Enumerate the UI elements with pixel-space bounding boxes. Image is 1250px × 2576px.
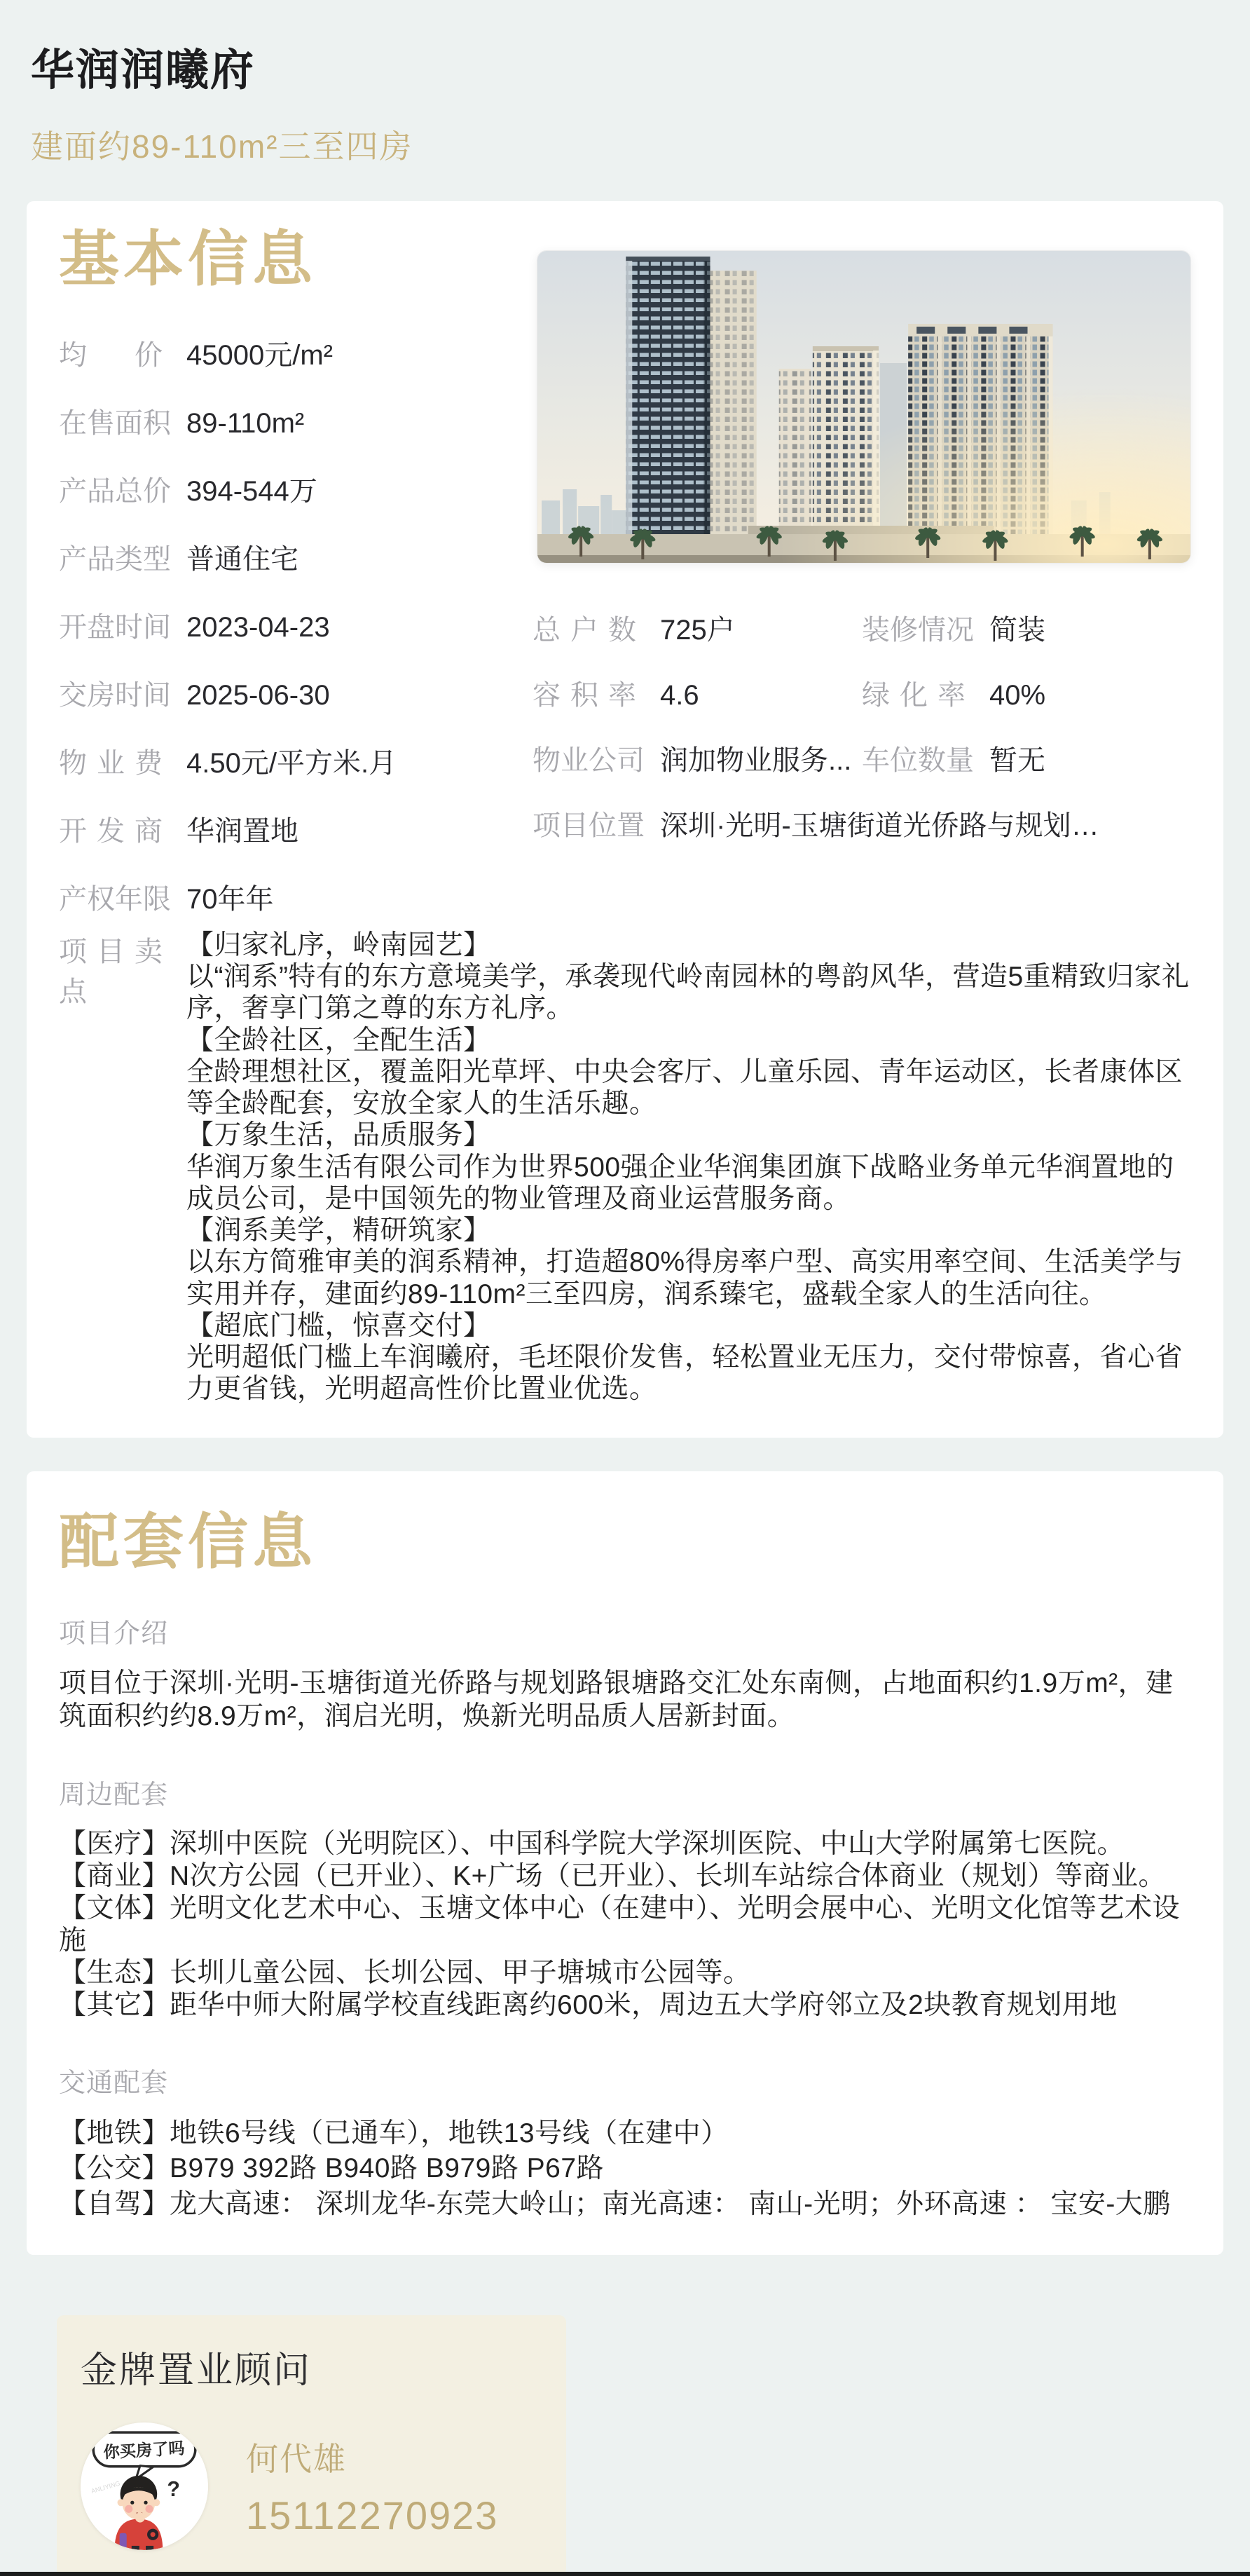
field-value: 4.50元/平方米.月 [186,741,397,781]
field-value: 40% [989,680,1045,711]
consultant-avatar-cartoon: ANLIYING 你买房了吗 ? [81,2422,208,2550]
basic-fields-left: 均价 45000元/m² 在售面积 89-110m² 产品总价 394-544万… [59,333,533,917]
page-header: 华润润曦府 建面约89-110m²三至四房 [27,0,1223,168]
field-label: 产品类型 [59,537,163,577]
field-label: 均价 [59,333,163,373]
nearby-label: 周边配套 [59,1773,1191,1811]
field-row-plot-green: 容积率 4.6 绿化率 40% [533,673,1191,713]
bottom-edge-bar [0,2572,1250,2576]
selling-points-row: 项目卖点 【归家礼序，岭南园艺】 以“润系”特有的东方意境美学，承袭现代岭南园林… [59,929,1191,1405]
field-label: 在售面积 [59,401,163,441]
field-label: 车位数量 [862,738,966,778]
field-value: 394-544万 [186,469,317,509]
nearby-list-item: 【生态】长圳儿童公园、长圳公园、甲子塘城市公园等。 [59,1957,1191,1989]
field-row-location: 项目位置 深圳·光明-玉塘街道光侨路与规划路银塘路… [533,803,1191,843]
field-value: 华润置地 [186,809,298,849]
intro-label: 项目介绍 [59,1611,1191,1650]
field-label: 物业费 [59,741,163,781]
field-value: 4.6 [660,680,699,711]
field-value: 725户 [660,608,735,648]
nearby-list-item: 【文体】光明文化艺术中心、玉塘文体中心（在建中）、光明会展中心、光明文化馆等艺术… [59,1893,1191,1957]
field-row-delivery-date: 交房时间 2025-06-30 [59,673,533,713]
field-label: 项目位置 [533,803,636,843]
field-row-product-type: 产品类型 普通住宅 [59,537,533,577]
field-value: 润加物业服务... [660,738,851,778]
intro-paragraph: 项目位于深圳·光明-玉塘街道光侨路与规划路银塘路交汇处东南侧，占地面积约1.9万… [59,1667,1191,1733]
field-value: 70年年 [186,877,274,917]
field-row-area: 在售面积 89-110m² [59,401,533,441]
traffic-list-item: 【地铁】地铁6号线（已通车），地铁13号线（在建中） [59,2116,1191,2152]
page-subtitle: 建面约89-110m²三至四房 [31,121,1219,168]
field-value: 普通住宅 [186,537,298,577]
field-row-property-fee: 物业费 4.50元/平方米.月 [59,741,533,781]
field-label: 容积率 [533,673,636,713]
svg-text:?: ? [167,2478,180,2501]
field-label: 绿化率 [862,673,966,713]
field-row-open-date: 开盘时间 2023-04-23 [59,605,533,645]
traffic-label: 交通配套 [59,2061,1191,2099]
field-value: 暂无 [989,738,1045,778]
traffic-list: 【地铁】地铁6号线（已通车），地铁13号线（在建中） 【公交】B979 392路… [59,2116,1191,2223]
field-label: 产权年限 [59,877,163,917]
field-row-total-price: 产品总价 394-544万 [59,469,533,509]
property-detail-page: 华润润曦府 建面约89-110m²三至四房 基本信息 [0,0,1250,2576]
nearby-list: 【医疗】深圳中医院（光明院区）、中国科学院大学深圳医院、中山大学附属第七医院。 … [59,1828,1191,2022]
consultant-name: 何代雄 [246,2434,498,2480]
field-label: 交房时间 [59,673,163,713]
field-label: 产品总价 [59,469,163,509]
amenities-card: 配套信息 项目介绍 项目位于深圳·光明-玉塘街道光侨路与规划路银塘路交汇处东南侧… [27,1471,1223,2255]
basic-info-card: 基本信息 [27,201,1223,1438]
selling-points-label: 项目卖点 [59,929,163,1405]
field-label: 开发商 [59,809,163,849]
page-title: 华润润曦府 [31,35,1219,97]
field-row-tenure: 产权年限 70年年 [59,877,533,917]
traffic-list-item: 【自驾】龙大高速： 深圳龙华-东莞大岭山；南光高速： 南山-光明；外环高速 ： … [59,2187,1191,2223]
field-value: 89-110m² [186,408,304,439]
basic-fields-right: 总户数 725户 装修情况 简装 容积率 4.6 [533,608,1191,917]
project-location-value[interactable]: 深圳·光明-玉塘街道光侨路与规划路银塘路… [660,803,1108,843]
consultant-phone[interactable]: 15112270923 [246,2493,498,2538]
field-label: 物业公司 [533,738,636,778]
field-value: 45000元/m² [186,333,333,373]
consultant-card: 金牌置业顾问 ANLIYING 你买房了吗 [57,2315,566,2576]
amenities-title: 配套信息 [59,1512,1191,1572]
consultant-avatar[interactable]: ANLIYING 你买房了吗 ? [81,2422,208,2550]
nearby-list-item: 【其它】距华中师大附属学校直线距离约600米，周边五大学府邻立及2块教育规划用地 [59,1989,1191,2022]
selling-points-text: 【归家礼序，岭南园艺】 以“润系”特有的东方意境美学，承袭现代岭南园林的粤韵风华… [186,929,1191,1405]
field-row-households-decoration: 总户数 725户 装修情况 简装 [533,608,1191,648]
consultant-card-title: 金牌置业顾问 [81,2340,542,2393]
field-value: 2023-04-23 [186,612,330,643]
field-label: 开盘时间 [59,605,163,645]
field-row-avg-price: 均价 45000元/m² [59,333,533,373]
property-photo[interactable] [537,250,1191,564]
field-value: 2025-06-30 [186,680,330,711]
building-render-image [537,251,1190,563]
traffic-list-item: 【公交】B979 392路 B940路 B979路 P67路 [59,2151,1191,2187]
field-label: 总户数 [533,608,636,648]
nearby-list-item: 【医疗】深圳中医院（光明院区）、中国科学院大学深圳医院、中山大学附属第七医院。 [59,1828,1191,1860]
field-row-pm-parking: 物业公司 润加物业服务... 车位数量 暂无 [533,738,1191,778]
field-row-developer: 开发商 华润置地 [59,809,533,849]
field-label: 装修情况 [862,608,966,648]
field-value: 简装 [989,608,1045,648]
nearby-list-item: 【商业】N次方公园（已开业）、K+广场（已开业）、长圳车站综合体商业（规划）等商… [59,1860,1191,1893]
